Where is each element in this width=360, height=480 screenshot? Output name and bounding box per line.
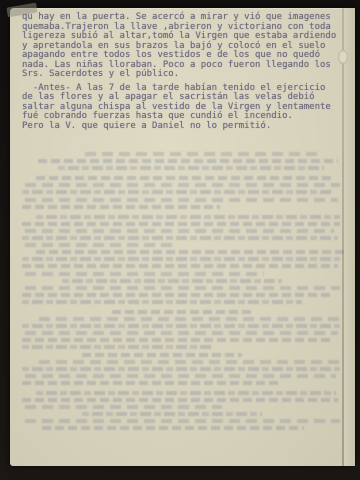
bleedthrough-line	[22, 190, 332, 194]
bleedthrough-line	[58, 166, 324, 170]
bleedthrough-line	[22, 419, 340, 423]
bleedthrough-line	[22, 338, 332, 342]
scanned-page-background: qu hay en la puerta. Se acercó a mirar y…	[0, 0, 360, 480]
bleedthrough-line	[38, 159, 338, 163]
bleedthrough-line	[22, 331, 338, 335]
bleedthrough-line	[36, 215, 340, 219]
bleedthrough-line	[22, 293, 334, 297]
bleedthrough-line	[22, 243, 172, 247]
bleedthrough-line	[36, 360, 348, 364]
bleedthrough-line	[22, 257, 340, 261]
bleedthrough-line	[42, 426, 304, 430]
punch-hole	[338, 50, 348, 64]
bleedthrough-line	[36, 176, 334, 180]
document-page: qu hay en la puerta. Se acercó a mirar y…	[10, 8, 355, 466]
typed-text: qu hay en la puerta. Se acercó a mirar y…	[22, 13, 344, 131]
bleedthrough-line	[22, 229, 334, 233]
bleedthrough-line	[22, 198, 338, 202]
bleedthrough-line	[22, 272, 264, 276]
typed-line: Srs. Sacerdotes y el público.	[22, 70, 344, 80]
bleedthrough-line	[22, 324, 340, 328]
bleedthrough-line	[22, 300, 302, 304]
bleedthrough-line	[22, 345, 212, 349]
bleedthrough-line	[22, 367, 340, 371]
bleedthrough-line	[82, 152, 322, 156]
bleedthrough-text	[22, 152, 344, 434]
bleedthrough-line	[22, 222, 340, 226]
bleedthrough-line	[36, 317, 344, 321]
bleedthrough-line	[22, 264, 338, 268]
typed-line: Pero la V. que quiere a Daniel no lo per…	[22, 122, 344, 132]
bleedthrough-line	[22, 205, 220, 209]
bleedthrough-line	[112, 310, 252, 314]
bleedthrough-line	[82, 353, 242, 357]
bleedthrough-line	[22, 374, 336, 378]
bleedthrough-line	[82, 412, 262, 416]
bleedthrough-line	[36, 250, 346, 254]
bleedthrough-line	[22, 405, 222, 409]
bleedthrough-line	[22, 286, 340, 290]
bleedthrough-line	[36, 391, 336, 395]
bleedthrough-line	[22, 183, 340, 187]
bleedthrough-line	[22, 236, 338, 240]
bleedthrough-line	[22, 398, 338, 402]
bleedthrough-line	[22, 381, 282, 385]
bleedthrough-line	[62, 279, 282, 283]
page-edge-strip	[344, 8, 355, 466]
